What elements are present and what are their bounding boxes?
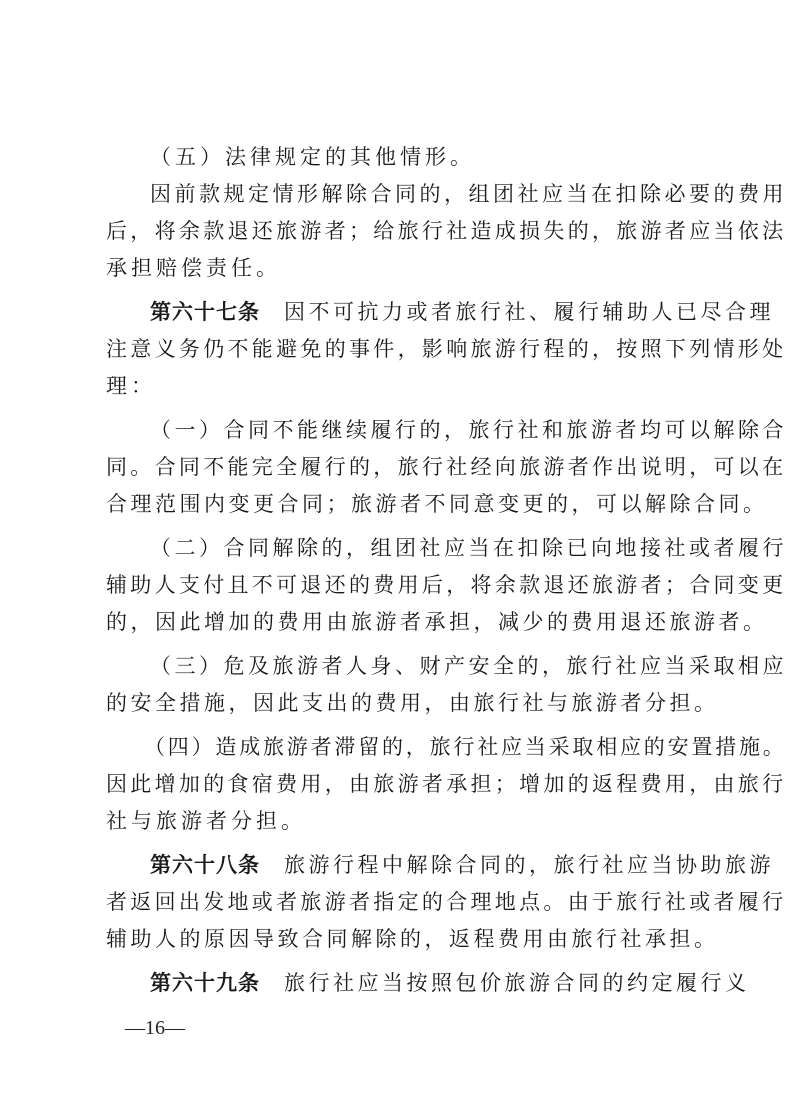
paragraph-line: 的，因此增加的费用由旅游者承担，减少的费用退还旅游者。	[106, 609, 768, 635]
paragraph-line: 的安全措施，因此支出的费用，由旅行社与旅游者分担。	[106, 690, 719, 716]
paragraph-line: 因前款规定情形解除合同的，组团社应当在扣除必要的费用	[150, 181, 787, 207]
paragraph-line: 因此增加的食宿费用，由旅游者承担；增加的返程费用，由旅行	[106, 771, 786, 797]
paragraph-line: 理：	[106, 373, 156, 399]
paragraph-line: 同。合同不能完全履行的，旅行社经向旅游者作出说明，可以在	[106, 454, 786, 480]
article-67-line: 第六十七条因不可抗力或者旅行社、履行辅助人已尽合理	[150, 299, 774, 325]
paragraph-line: 注意义务仍不能避免的事件，影响旅游行程的，按照下列情形处	[106, 336, 786, 362]
paragraph-line: （二）合同解除的，组团社应当在扣除已向地接社或者履行	[150, 535, 787, 561]
article-number: 第六十九条	[150, 971, 260, 995]
paragraph-line: （五）法律规定的其他情形。	[150, 144, 475, 170]
article-68-line: 第六十八条旅游行程中解除合同的，旅行社应当协助旅游	[150, 852, 774, 878]
page-number: —16—	[125, 1017, 185, 1040]
article-text: 因不可抗力或者旅行社、履行辅助人已尽合理	[284, 300, 774, 324]
paragraph-line: 者返回出发地或者旅游者指定的合理地点。由于旅行社或者履行	[106, 889, 786, 915]
paragraph-line: 社与旅游者分担。	[106, 808, 306, 834]
article-text: 旅游行程中解除合同的，旅行社应当协助旅游	[284, 853, 774, 877]
paragraph-line: 承担赔偿责任。	[106, 255, 281, 281]
paragraph-line: （三）危及旅游者人身、财产安全的，旅行社应当采取相应	[150, 653, 787, 679]
paragraph-line: 后，将余款退还旅游者；给旅行社造成损失的，旅游者应当依法	[106, 218, 786, 244]
paragraph-line: 辅助人的原因导致合同解除的，返程费用由旅行社承担。	[106, 926, 719, 952]
paragraph-line: 合理范围内变更合同；旅游者不同意变更的，可以解除合同。	[106, 491, 768, 517]
paragraph-line: （一）合同不能继续履行的，旅行社和旅游者均可以解除合	[150, 417, 787, 443]
paragraph-line: （四）造成旅游者滞留的，旅行社应当采取相应的安置措施。	[144, 734, 787, 760]
article-text: 旅行社应当按照包价旅游合同的约定履行义	[284, 971, 750, 995]
article-number: 第六十八条	[150, 853, 260, 877]
article-69-line: 第六十九条旅行社应当按照包价旅游合同的约定履行义	[150, 970, 750, 996]
paragraph-line: 辅助人支付且不可退还的费用后，将余款退还旅游者；合同变更	[106, 572, 786, 598]
article-number: 第六十七条	[150, 300, 260, 324]
